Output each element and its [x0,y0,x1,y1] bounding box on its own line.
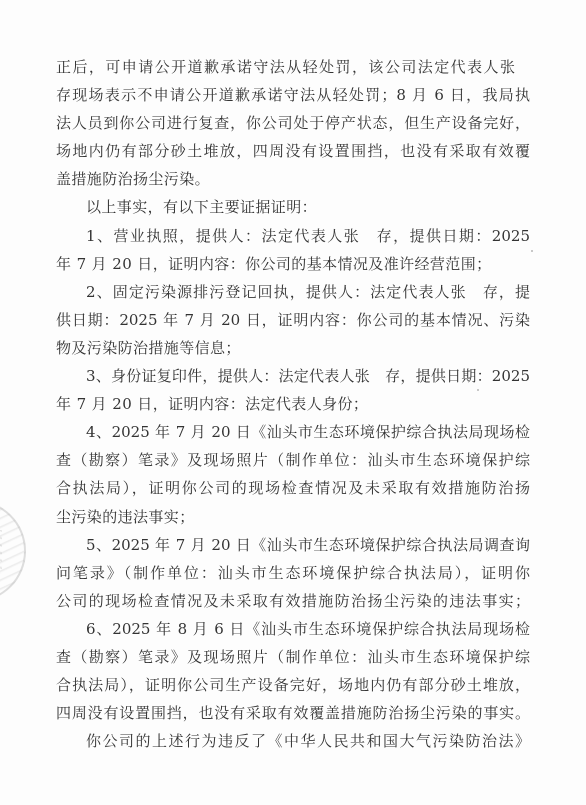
text-line: 合执法局），证明你公司的现场检查情况及未采取有效措施防治扬 [56,474,530,502]
text-line: 四周没有设置围挡，也没有采取有效覆盖措施防治扬尘污染的事实。 [56,699,530,727]
paragraph-legal-violation: 你公司的上述行为违反了《中华人民共和国大气污染防治法》 [56,727,530,755]
text-line: 5、2025 年 7 月 20 日《汕头市生态环境保护综合执法局调查询 [56,531,530,559]
evidence-item-5: 5、2025 年 7 月 20 日《汕头市生态环境保护综合执法局调查询 问笔录》… [56,531,530,615]
paragraph-evidence-intro: 以上事实，有以下主要证据证明： [56,193,530,221]
seal-inner-marks [0,530,2,574]
text-line: 合执法局），证明你公司生产设备完好，场地内仍有部分砂土堆放， [56,671,530,699]
paragraph-violation-facts-continued: 正后，可申请公开道歉承诺守法从轻处罚，该公司法定代表人张 存现场表示不申请公开道… [56,53,530,193]
evidence-item-4: 4、2025 年 7 月 20 日《汕头市生态环境保护综合执法局现场检 查（勘察… [56,418,530,530]
evidence-item-6: 6、2025 年 8 月 6 日《汕头市生态环境保护综合执法局现场检 查（勘察）… [56,615,530,727]
official-seal-fragment [0,500,26,602]
text-line: 查（勘察）笔录》及现场照片（制作单位：汕头市生态环境保护综 [56,643,530,671]
text-line: 查（勘察）笔录》及现场照片（制作单位：汕头市生态环境保护综 [56,446,530,474]
text-line: 你公司的上述行为违反了《中华人民共和国大气污染防治法》 [56,727,530,755]
text-line: 法人员到你公司进行复查，你公司处于停产状态，但生产设备完好， [56,109,530,137]
text-line: 存现场表示不申请公开道歉承诺守法从轻处罚；8 月 6 日，我局执 [56,81,530,109]
text-line: 年 7 月 20 日，证明内容：法定代表人身份； [56,390,530,418]
text-line: 2、固定污染源排污登记回执，提供人：法定代表人张 存，提 [56,278,530,306]
text-line: 4、2025 年 7 月 20 日《汕头市生态环境保护综合执法局现场检 [56,418,530,446]
text-line: 场地内仍有部分砂土堆放，四周没有设置围挡，也没有采取有效覆 [56,137,530,165]
text-line: 公司的现场检查情况及未采取有效措施防治扬尘污染的违法事实； [56,587,530,615]
evidence-item-2: 2、固定污染源排污登记回执，提供人：法定代表人张 存，提 供日期：2025 年 … [56,278,530,362]
text-line: 盖措施防治扬尘污染。 [56,165,530,193]
text-line: 正后，可申请公开道歉承诺守法从轻处罚，该公司法定代表人张 [56,53,530,81]
text-line: 供日期：2025 年 7 月 20 日，证明内容：你公司的基本情况、污染 [56,306,530,334]
document-page: 正后，可申请公开道歉承诺守法从轻处罚，该公司法定代表人张 存现场表示不申请公开道… [0,0,586,805]
text-line: 年 7 月 20 日，证明内容：你公司的基本情况及准许经营范围； [56,250,530,278]
text-line: 3、身份证复印件，提供人：法定代表人张 存，提供日期：2025 [56,362,530,390]
text-line: 以上事实，有以下主要证据证明： [56,193,530,221]
scan-speck [531,250,533,252]
evidence-item-3: 3、身份证复印件，提供人：法定代表人张 存，提供日期：2025 年 7 月 20… [56,362,530,418]
text-line: 问笔录》（制作单位：汕头市生态环境保护综合执法局），证明你 [56,559,530,587]
text-line: 6、2025 年 8 月 6 日《汕头市生态环境保护综合执法局现场检 [56,615,530,643]
evidence-item-1: 1、营业执照，提供人：法定代表人张 存，提供日期：2025 年 7 月 20 日… [56,222,530,278]
text-line: 尘污染的违法事实； [56,503,530,531]
document-body: 正后，可申请公开道歉承诺守法从轻处罚，该公司法定代表人张 存现场表示不申请公开道… [56,53,530,755]
text-line: 1、营业执照，提供人：法定代表人张 存，提供日期：2025 [56,222,530,250]
text-line: 物及污染防治措施等信息； [56,334,530,362]
